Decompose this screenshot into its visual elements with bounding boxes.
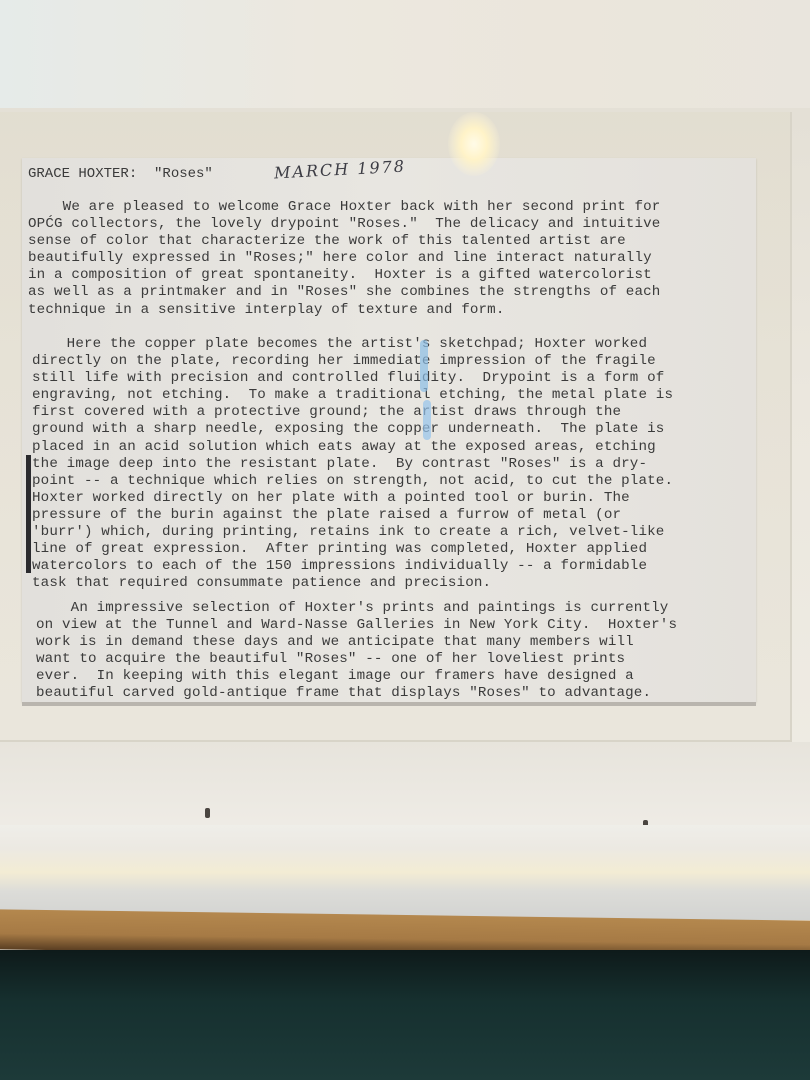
handwritten-date: MARCH 1978 xyxy=(274,157,407,183)
typewritten-note: GRACE HOXTER: "Roses" MARCH 1978 We are … xyxy=(22,158,756,702)
light-reflection xyxy=(423,400,431,440)
paragraph-2: Here the copper plate becomes the artist… xyxy=(32,336,673,592)
light-reflection xyxy=(420,340,428,392)
paragraph-1: We are pleased to welcome Grace Hoxter b… xyxy=(28,199,660,319)
dark-wall xyxy=(0,950,810,1080)
wall-top xyxy=(0,0,810,110)
lower-mat xyxy=(0,742,810,832)
frame-lip xyxy=(0,825,810,920)
light-glare xyxy=(448,112,500,176)
paragraph-3: An impressive selection of Hoxter's prin… xyxy=(36,600,677,703)
nail xyxy=(205,808,210,818)
ink-smudge xyxy=(26,455,31,573)
note-header: GRACE HOXTER: "Roses" xyxy=(28,166,213,182)
